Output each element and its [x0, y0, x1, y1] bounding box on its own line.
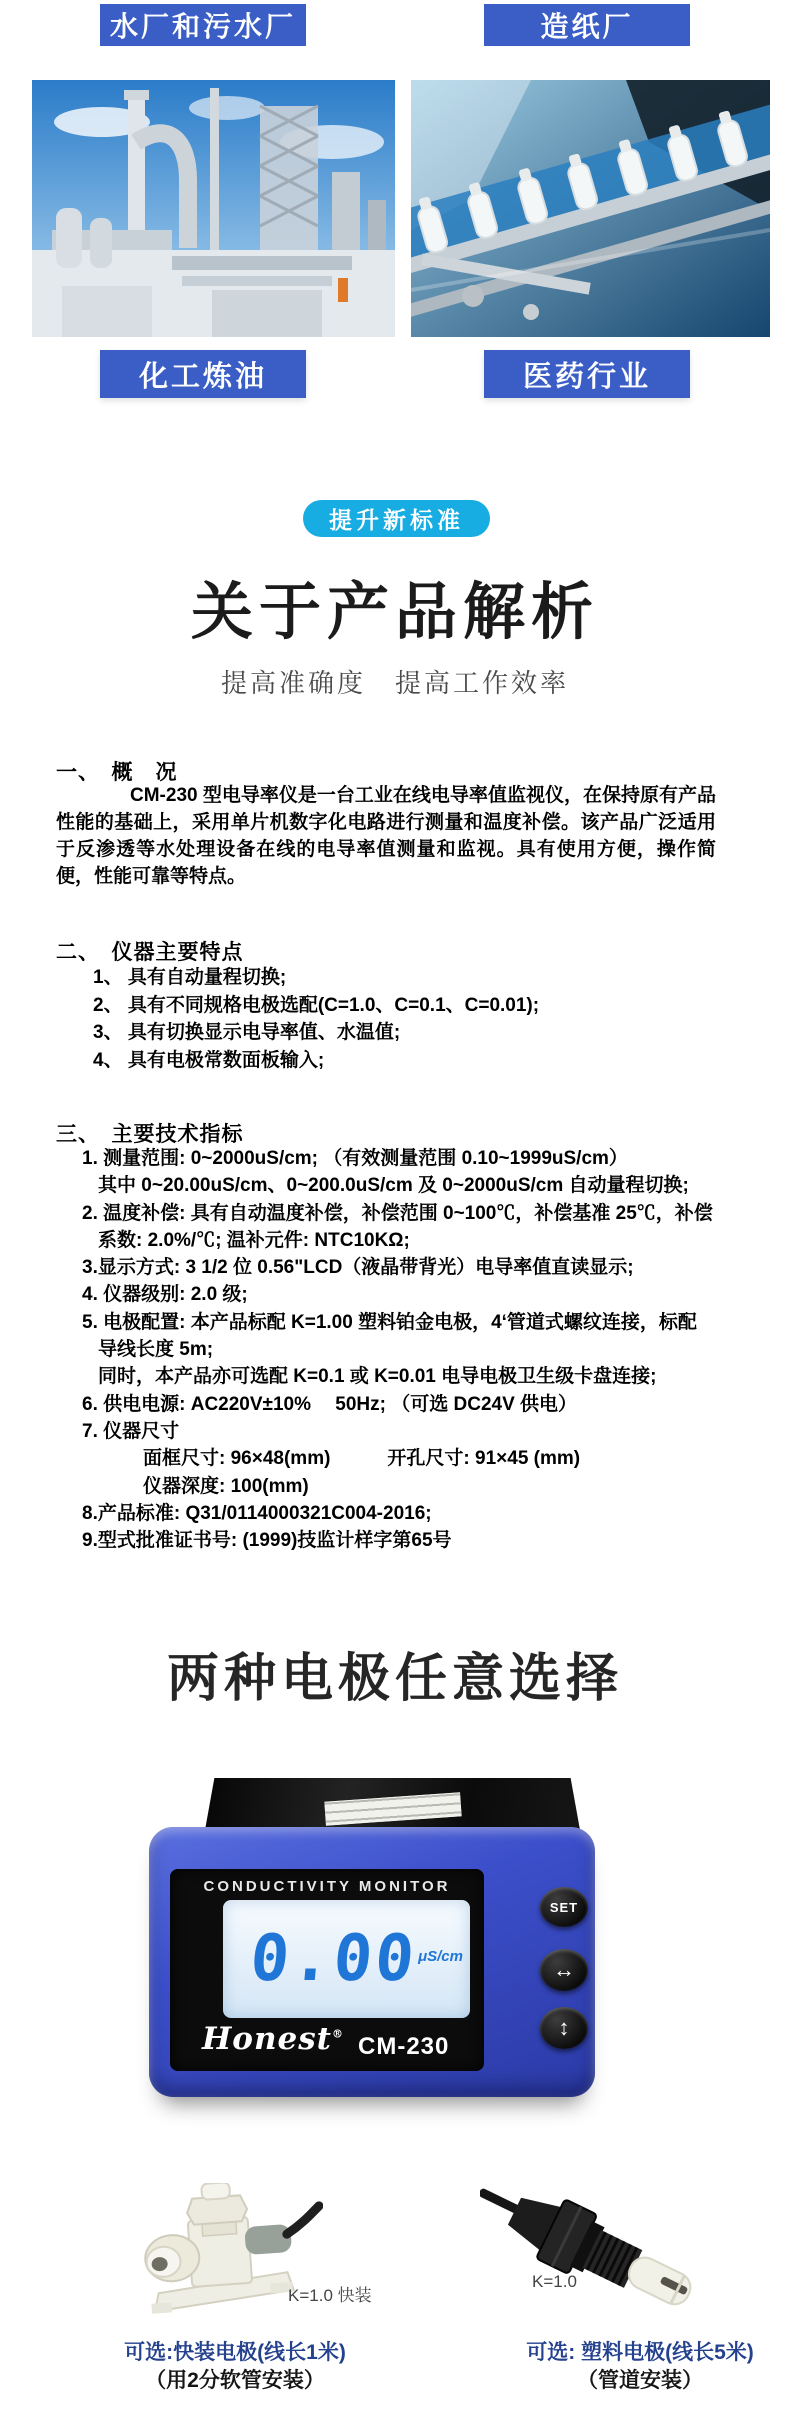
switch-button: ↔: [540, 1949, 588, 1991]
spec-line: 系数: 2.0%/℃; 温补元件: NTC10KΩ;: [56, 1227, 756, 1254]
spec-line: 6. 供电电源: AC220V±10% 50Hz; （可选 DC24V 供电）: [56, 1391, 756, 1418]
spec-line: 面框尺寸: 96×48(mm) 开孔尺寸: 91×45 (mm): [56, 1445, 756, 1472]
product-analysis-subtitle: 提高准确度 提高工作效率: [0, 663, 790, 700]
spec-line: 仪器深度: 100(mm): [56, 1473, 756, 1500]
updown-button: ↕: [540, 2007, 588, 2049]
brand-logo: Honest®: [202, 2021, 344, 2057]
feature-item: 2、 具有不同规格电极选配(C=1.0、C=0.1、C=0.01);: [56, 992, 736, 1020]
spec-line: 8.产品标准: Q31/0114000321C004-2016;: [56, 1500, 756, 1527]
feature-item: 3、 具有切换显示电导率值、水温值;: [56, 1019, 736, 1047]
plastic-electrode-photo: [480, 2183, 700, 2318]
features-list: 1、 具有自动量程切换; 2、 具有不同规格电极选配(C=1.0、C=0.1、C…: [56, 964, 736, 1074]
left-right-arrow-icon: ↔: [553, 1957, 575, 1983]
spec-line: 2. 温度补偿: 具有自动温度补偿，补偿范围 0~100℃，补偿基准 25℃，补…: [56, 1200, 756, 1227]
monitor-spec-sticker: [316, 1788, 470, 1831]
electrode-caption-install: （用2分软管安装）: [85, 2364, 385, 2394]
electrode-choice-title: 两种电极任意选择: [0, 1636, 790, 1711]
set-button: SET: [540, 1887, 588, 1927]
lcd-display: 0.00 μS/cm: [223, 1900, 470, 2018]
new-standard-badge: 提升新标准: [303, 500, 490, 537]
product-analysis-title: 关于产品解析: [0, 562, 790, 651]
spec-line: 其中 0~20.00uS/cm、0~200.0uS/cm 及 0~2000uS/…: [56, 1172, 756, 1199]
production-line-photo: [411, 80, 770, 337]
model-label: CM-230: [358, 2033, 449, 2061]
industry-banner-paper-mill: 造纸厂: [484, 4, 690, 46]
electrode-caption-name: 可选:快装电极(线长1米): [85, 2336, 385, 2366]
spec-line-optional-electrodes: 同时，本产品亦可选配 K=0.1 或 K=0.01 电导电极卫生级卡盘连接;: [56, 1363, 756, 1390]
up-down-arrow-icon: ↕: [559, 2015, 570, 2041]
set-button-label: SET: [550, 1900, 578, 1915]
spec-line: 导线长度 5m;: [56, 1336, 756, 1363]
electrode-tag-quick-fit: K=1.0 快装: [288, 2281, 372, 2306]
registered-mark-icon: ®: [332, 2028, 344, 2041]
feature-item: 4、 具有电极常数面板输入;: [56, 1047, 736, 1075]
industry-banner-pharmaceutical: 医药行业: [484, 350, 690, 398]
spec-line: 9.型式批准证书号: (1999)技监计样字第65号: [56, 1527, 756, 1554]
chemical-plant-photo: [32, 80, 395, 337]
lcd-unit-label: μS/cm: [418, 1948, 463, 1965]
electrode-caption-name: 可选: 塑料电极(线长5米): [490, 2336, 790, 2366]
specs-list: 1. 测量范围: 0~2000uS/cm; （有效测量范围 0.10~1999u…: [56, 1145, 756, 1554]
industry-banner-chemical-refining: 化工炼油: [100, 350, 306, 398]
spec-line: 4. 仪器级别: 2.0 级;: [56, 1281, 756, 1308]
features-heading: 二、 仪器主要特点: [56, 936, 244, 966]
spec-line: 7. 仪器尺寸: [56, 1418, 756, 1445]
overview-paragraph: CM-230 型电导率仪是一台工业在线电导率值监视仪，在保持原有产品性能的基础上…: [56, 782, 716, 890]
monitor-rear-housing: [205, 1778, 580, 1830]
specs-heading: 三、 主要技术指标: [56, 1118, 244, 1148]
panel-title: CONDUCTIVITY MONITOR: [170, 1878, 484, 1895]
electrode-caption-install: （管道安装）: [490, 2364, 790, 2394]
spec-line: 5. 电极配置: 本产品标配 K=1.00 塑料铂金电极，4‘管道式螺纹连接，标…: [56, 1309, 756, 1336]
electrode-tag-plastic: K=1.0: [532, 2272, 577, 2292]
feature-item: 1、 具有自动量程切换;: [56, 964, 736, 992]
monitor-front-bezel: CONDUCTIVITY MONITOR 0.00 μS/cm Honest® …: [149, 1827, 595, 2097]
industry-banner-water-plant: 水厂和污水厂: [100, 4, 306, 46]
spec-line: 1. 测量范围: 0~2000uS/cm; （有效测量范围 0.10~1999u…: [56, 1145, 756, 1172]
product-detail-page: 水厂和污水厂 造纸厂: [0, 0, 790, 2427]
brand-name: Honest: [202, 2021, 332, 2057]
lcd-value: 0.00: [247, 1922, 420, 1996]
monitor-face-panel: CONDUCTIVITY MONITOR 0.00 μS/cm Honest® …: [170, 1869, 484, 2071]
spec-line: 3.显示方式: 3 1/2 位 0.56"LCD（液晶带背光）电导率值直读显示;: [56, 1254, 756, 1281]
